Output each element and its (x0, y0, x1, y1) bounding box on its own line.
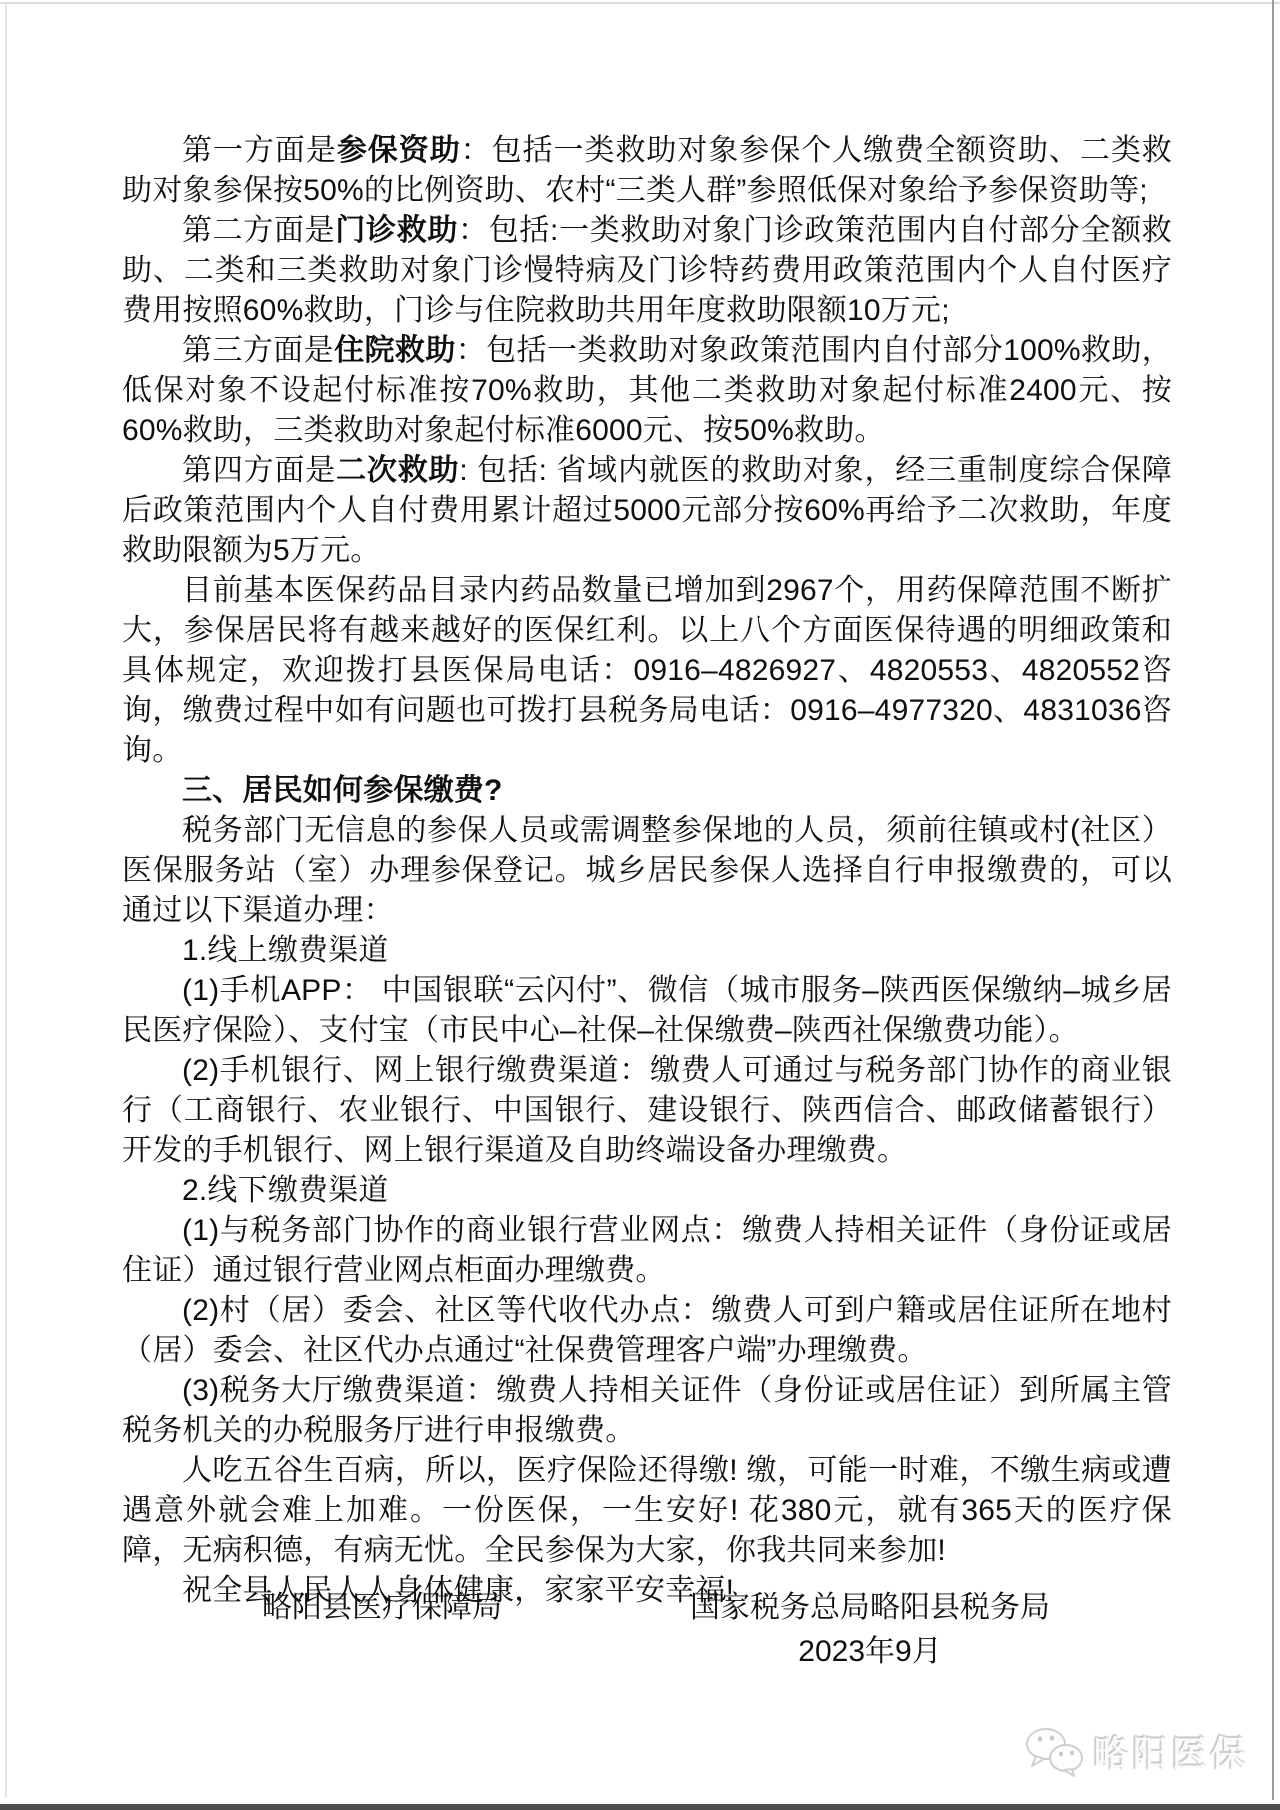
para-online-channel-app: (1)手机APP： 中国银联“云闪付”、微信（城市服务–陕西医保缴纳–城乡居民医… (122, 971, 1172, 1051)
signature-tax-bureau-block: 国家税务总局略阳县税务局 2023年9月 (690, 1586, 1050, 1674)
heading-how-to-enroll: 三、居民如何参保缴费? (122, 771, 1172, 811)
para-enrollment-subsidy: 第一方面是参保资助：包括一类救助对象参保个人缴费全额资助、二类救助对象参保按50… (122, 131, 1172, 211)
signature-medical-bureau: 略阳县医疗保障局 (262, 1586, 502, 1630)
wechat-icon (1024, 1726, 1086, 1778)
page-top-edge (0, 2, 1280, 4)
signature-tax-bureau: 国家税务总局略阳县税务局 (690, 1586, 1050, 1630)
page-right-edge (1272, 0, 1274, 1800)
para-hospitalization-assistance: 第三方面是住院救助：包括一类救助对象政策范围内自付部分100%救助，低保对象不设… (122, 331, 1172, 451)
para-secondary-assistance: 第四方面是二次救助: 包括: 省域内就医的救助对象，经三重制度综合保障后政策范围… (122, 451, 1172, 571)
wechat-watermark-label: 略阳医保 (1094, 1727, 1250, 1777)
para-drug-catalog-and-hotlines: 目前基本医保药品目录内药品数量已增加到2967个，用药保障范围不断扩大，参保居民… (122, 571, 1172, 771)
para-offline-channel-bank-branch: (1)与税务部门协作的商业银行营业网点：缴费人持相关证件（身份证或居住证）通过银… (122, 1211, 1172, 1291)
signature-date: 2023年9月 (798, 1630, 941, 1674)
para-outpatient-assistance: 第二方面是门诊救助：包括:一类救助对象门诊政策范围内自付部分全额救助、二类和三类… (122, 211, 1172, 331)
para-online-channel-title: 1.线上缴费渠道 (122, 931, 1172, 971)
wechat-watermark: 略阳医保 (1024, 1726, 1250, 1778)
para-offline-channel-village: (2)村（居）委会、社区等代收代办点：缴费人可到户籍或居住证所在地村（居）委会、… (122, 1291, 1172, 1371)
document-body: 第一方面是参保资助：包括一类救助对象参保个人缴费全额资助、二类救助对象参保按50… (122, 131, 1172, 1611)
page-bottom-edge (0, 1804, 1280, 1810)
page-left-edge (5, 4, 7, 1798)
para-registration-intro: 税务部门无信息的参保人员或需调整参保地的人员，须前往镇或村(社区）医保服务站（室… (122, 811, 1172, 931)
para-offline-channel-title: 2.线下缴费渠道 (122, 1171, 1172, 1211)
para-offline-channel-tax-hall: (3)税务大厅缴费渠道：缴费人持相关证件（身份证或居住证）到所属主管税务机关的办… (122, 1371, 1172, 1451)
para-online-channel-bank: (2)手机银行、网上银行缴费渠道：缴费人可通过与税务部门协作的商业银行（工商银行… (122, 1051, 1172, 1171)
para-closing-appeal: 人吃五谷生百病，所以，医疗保险还得缴! 缴，可能一时难，不缴生病或遭遇意外就会难… (122, 1451, 1172, 1571)
signature-block: 略阳县医疗保障局 国家税务总局略阳县税务局 2023年9月 (122, 1586, 1172, 1674)
